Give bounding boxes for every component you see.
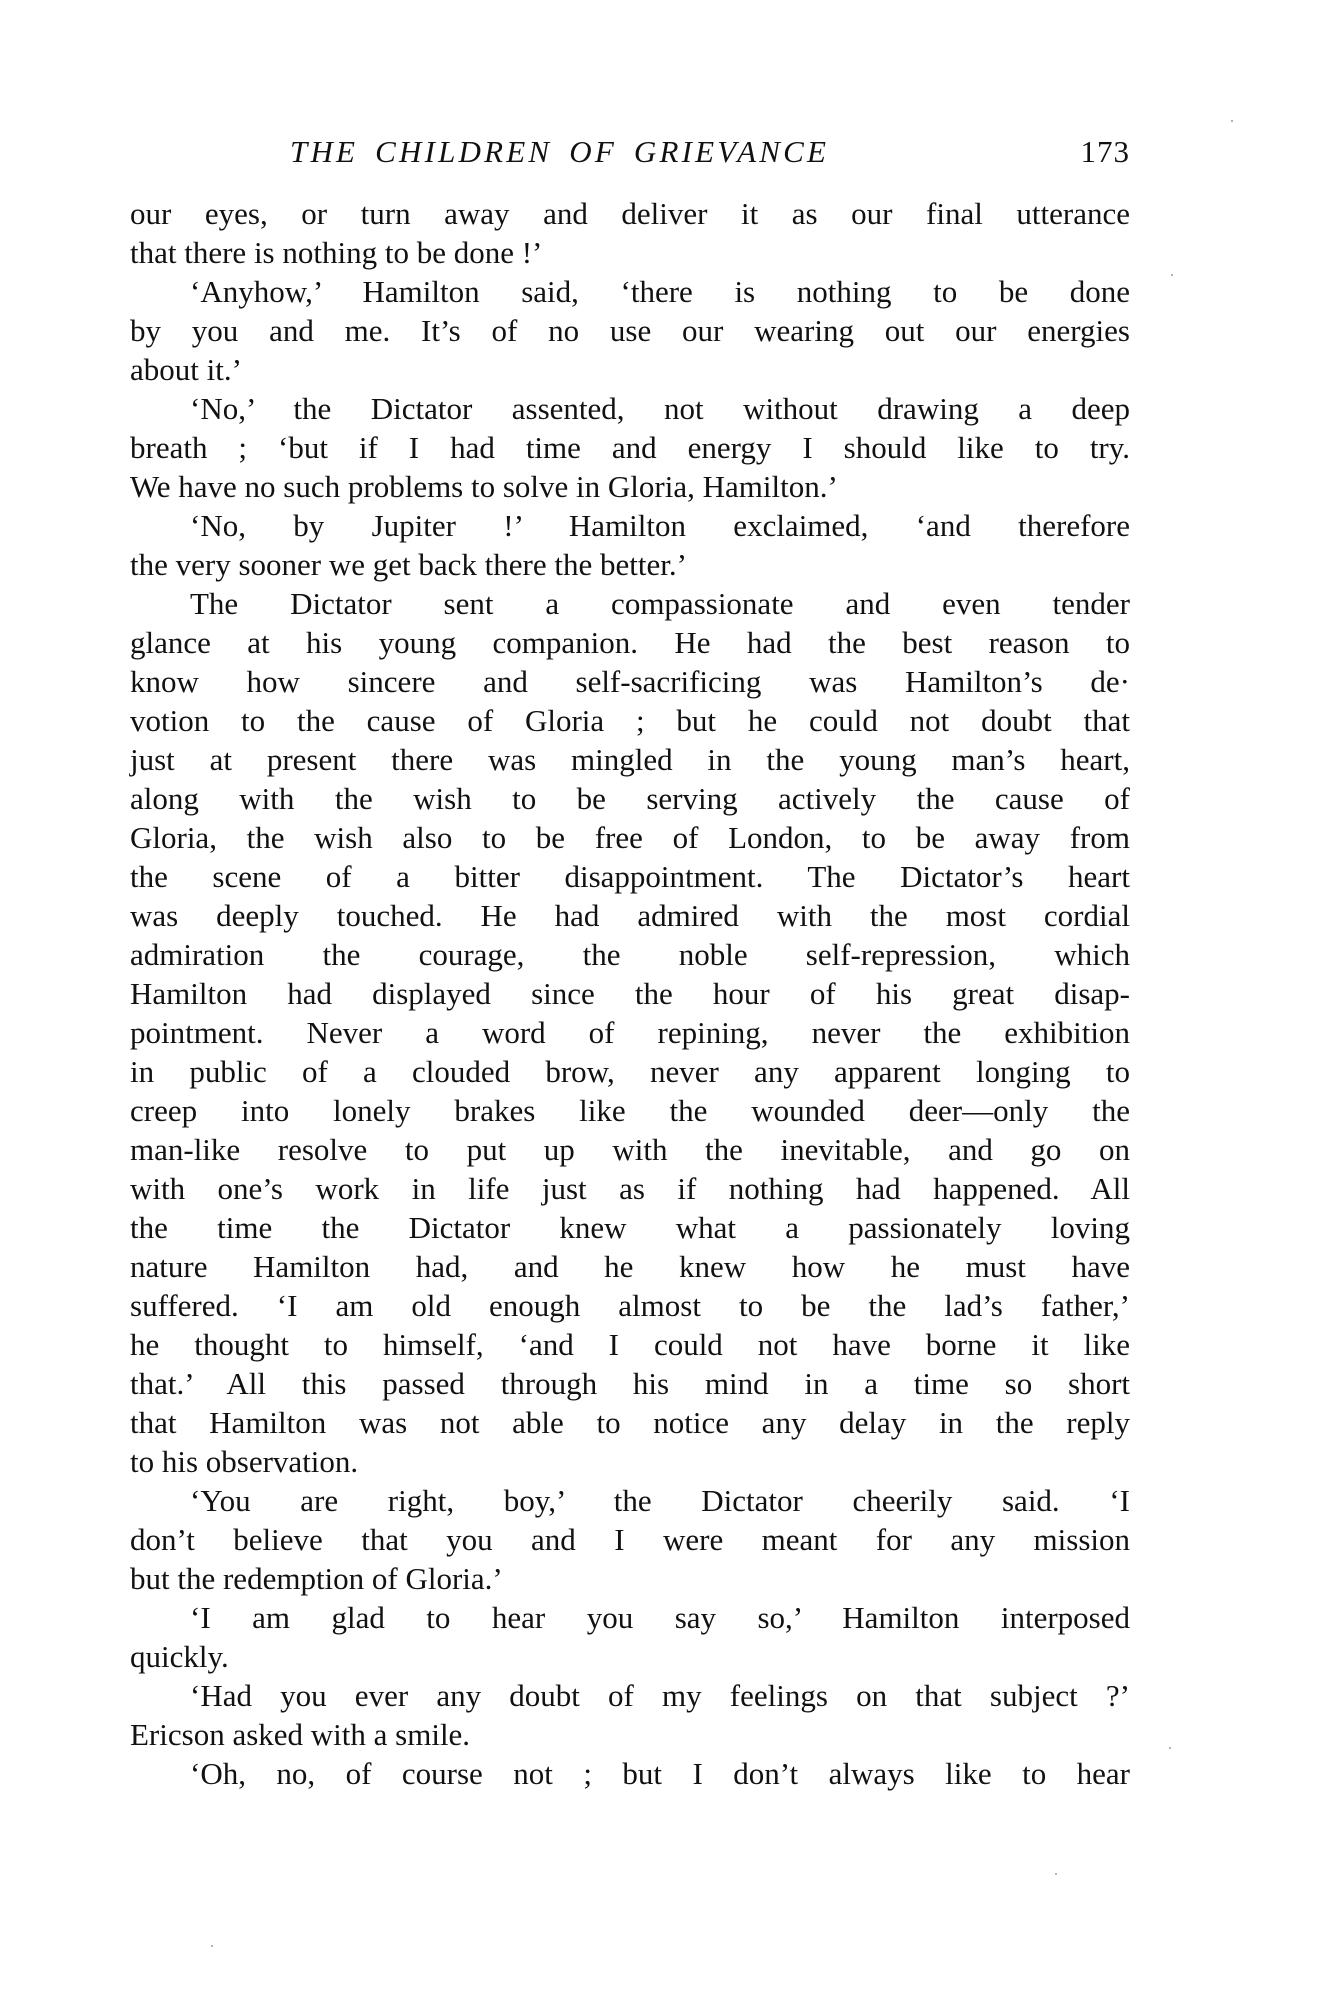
text-line: ‘No,’ the Dictator assented, not without… — [130, 389, 1130, 428]
text-line: by you and me. It’s of no use our wearin… — [130, 311, 1130, 350]
text-line: the very sooner we get back there the be… — [130, 545, 1130, 584]
text-line: that.’ All this passed through his mind … — [130, 1364, 1130, 1403]
text-line: ‘Had you ever any doubt of my feelings o… — [130, 1676, 1130, 1715]
text-line: The Dictator sent a compassionate and ev… — [130, 584, 1130, 623]
text-line: glance at his young companion. He had th… — [130, 623, 1130, 662]
text-line: man-like resolve to put up with the inev… — [130, 1130, 1130, 1169]
text-line: along with the wish to be serving active… — [130, 779, 1130, 818]
text-line: don’t believe that you and I were meant … — [130, 1520, 1130, 1559]
scan-speck — [1171, 274, 1173, 276]
text-line: that there is nothing to be done !’ — [130, 233, 1130, 272]
text-line: the time the Dictator knew what a passio… — [130, 1208, 1130, 1247]
text-line: votion to the cause of Gloria ; but he c… — [130, 701, 1130, 740]
text-line: was deeply touched. He had admired with … — [130, 896, 1130, 935]
page-number: 173 — [1081, 132, 1131, 172]
scan-speck — [211, 1945, 213, 1947]
text-line: about it.’ — [130, 350, 1130, 389]
text-line: We have no such problems to solve in Glo… — [130, 467, 1130, 506]
text-line: in public of a clouded brow, never any a… — [130, 1052, 1130, 1091]
text-line: but the redemption of Gloria.’ — [130, 1559, 1130, 1598]
text-line: pointment. Never a word of repining, nev… — [130, 1013, 1130, 1052]
text-line: he thought to himself, ‘and I could not … — [130, 1325, 1130, 1364]
text-line: ‘No, by Jupiter !’ Hamilton exclaimed, ‘… — [130, 506, 1130, 545]
text-line: ‘I am glad to hear you say so,’ Hamilton… — [130, 1598, 1130, 1637]
text-line: Ericson asked with a smile. — [130, 1715, 1130, 1754]
text-line: just at present there was mingled in the… — [130, 740, 1130, 779]
text-line: ‘Anyhow,’ Hamilton said, ‘there is nothi… — [130, 272, 1130, 311]
running-head: THE CHILDREN OF GRIEVANCE 173 — [130, 132, 1130, 172]
text-line: our eyes, or turn away and deliver it as… — [130, 194, 1130, 233]
text-line: that Hamilton was not able to notice any… — [130, 1403, 1130, 1442]
text-line: breath ; ‘but if I had time and energy I… — [130, 428, 1130, 467]
text-line: creep into lonely brakes like the wounde… — [130, 1091, 1130, 1130]
text-line: ‘You are right, boy,’ the Dictator cheer… — [130, 1481, 1130, 1520]
book-page: THE CHILDREN OF GRIEVANCE 173 our eyes, … — [0, 0, 1340, 1996]
text-line: suffered. ‘I am old enough almost to be … — [130, 1286, 1130, 1325]
running-title: THE CHILDREN OF GRIEVANCE — [290, 132, 829, 172]
text-line: Hamilton had displayed since the hour of… — [130, 974, 1130, 1013]
text-line: ‘Oh, no, of course not ; but I don’t alw… — [130, 1754, 1130, 1793]
text-line: know how sincere and self-sacrificing wa… — [130, 662, 1130, 701]
text-line: nature Hamilton had, and he knew how he … — [130, 1247, 1130, 1286]
text-line: the scene of a bitter disappointment. Th… — [130, 857, 1130, 896]
scan-speck — [1231, 120, 1233, 122]
text-line: quickly. — [130, 1637, 1130, 1676]
text-line: Gloria, the wish also to be free of Lond… — [130, 818, 1130, 857]
text-line: with one’s work in life just as if nothi… — [130, 1169, 1130, 1208]
body-text: our eyes, or turn away and deliver it as… — [130, 194, 1130, 1793]
text-line: to his observation. — [130, 1442, 1130, 1481]
scan-speck — [1169, 1747, 1171, 1749]
text-line: admiration the courage, the noble self-r… — [130, 935, 1130, 974]
scan-speck — [1055, 1873, 1057, 1875]
